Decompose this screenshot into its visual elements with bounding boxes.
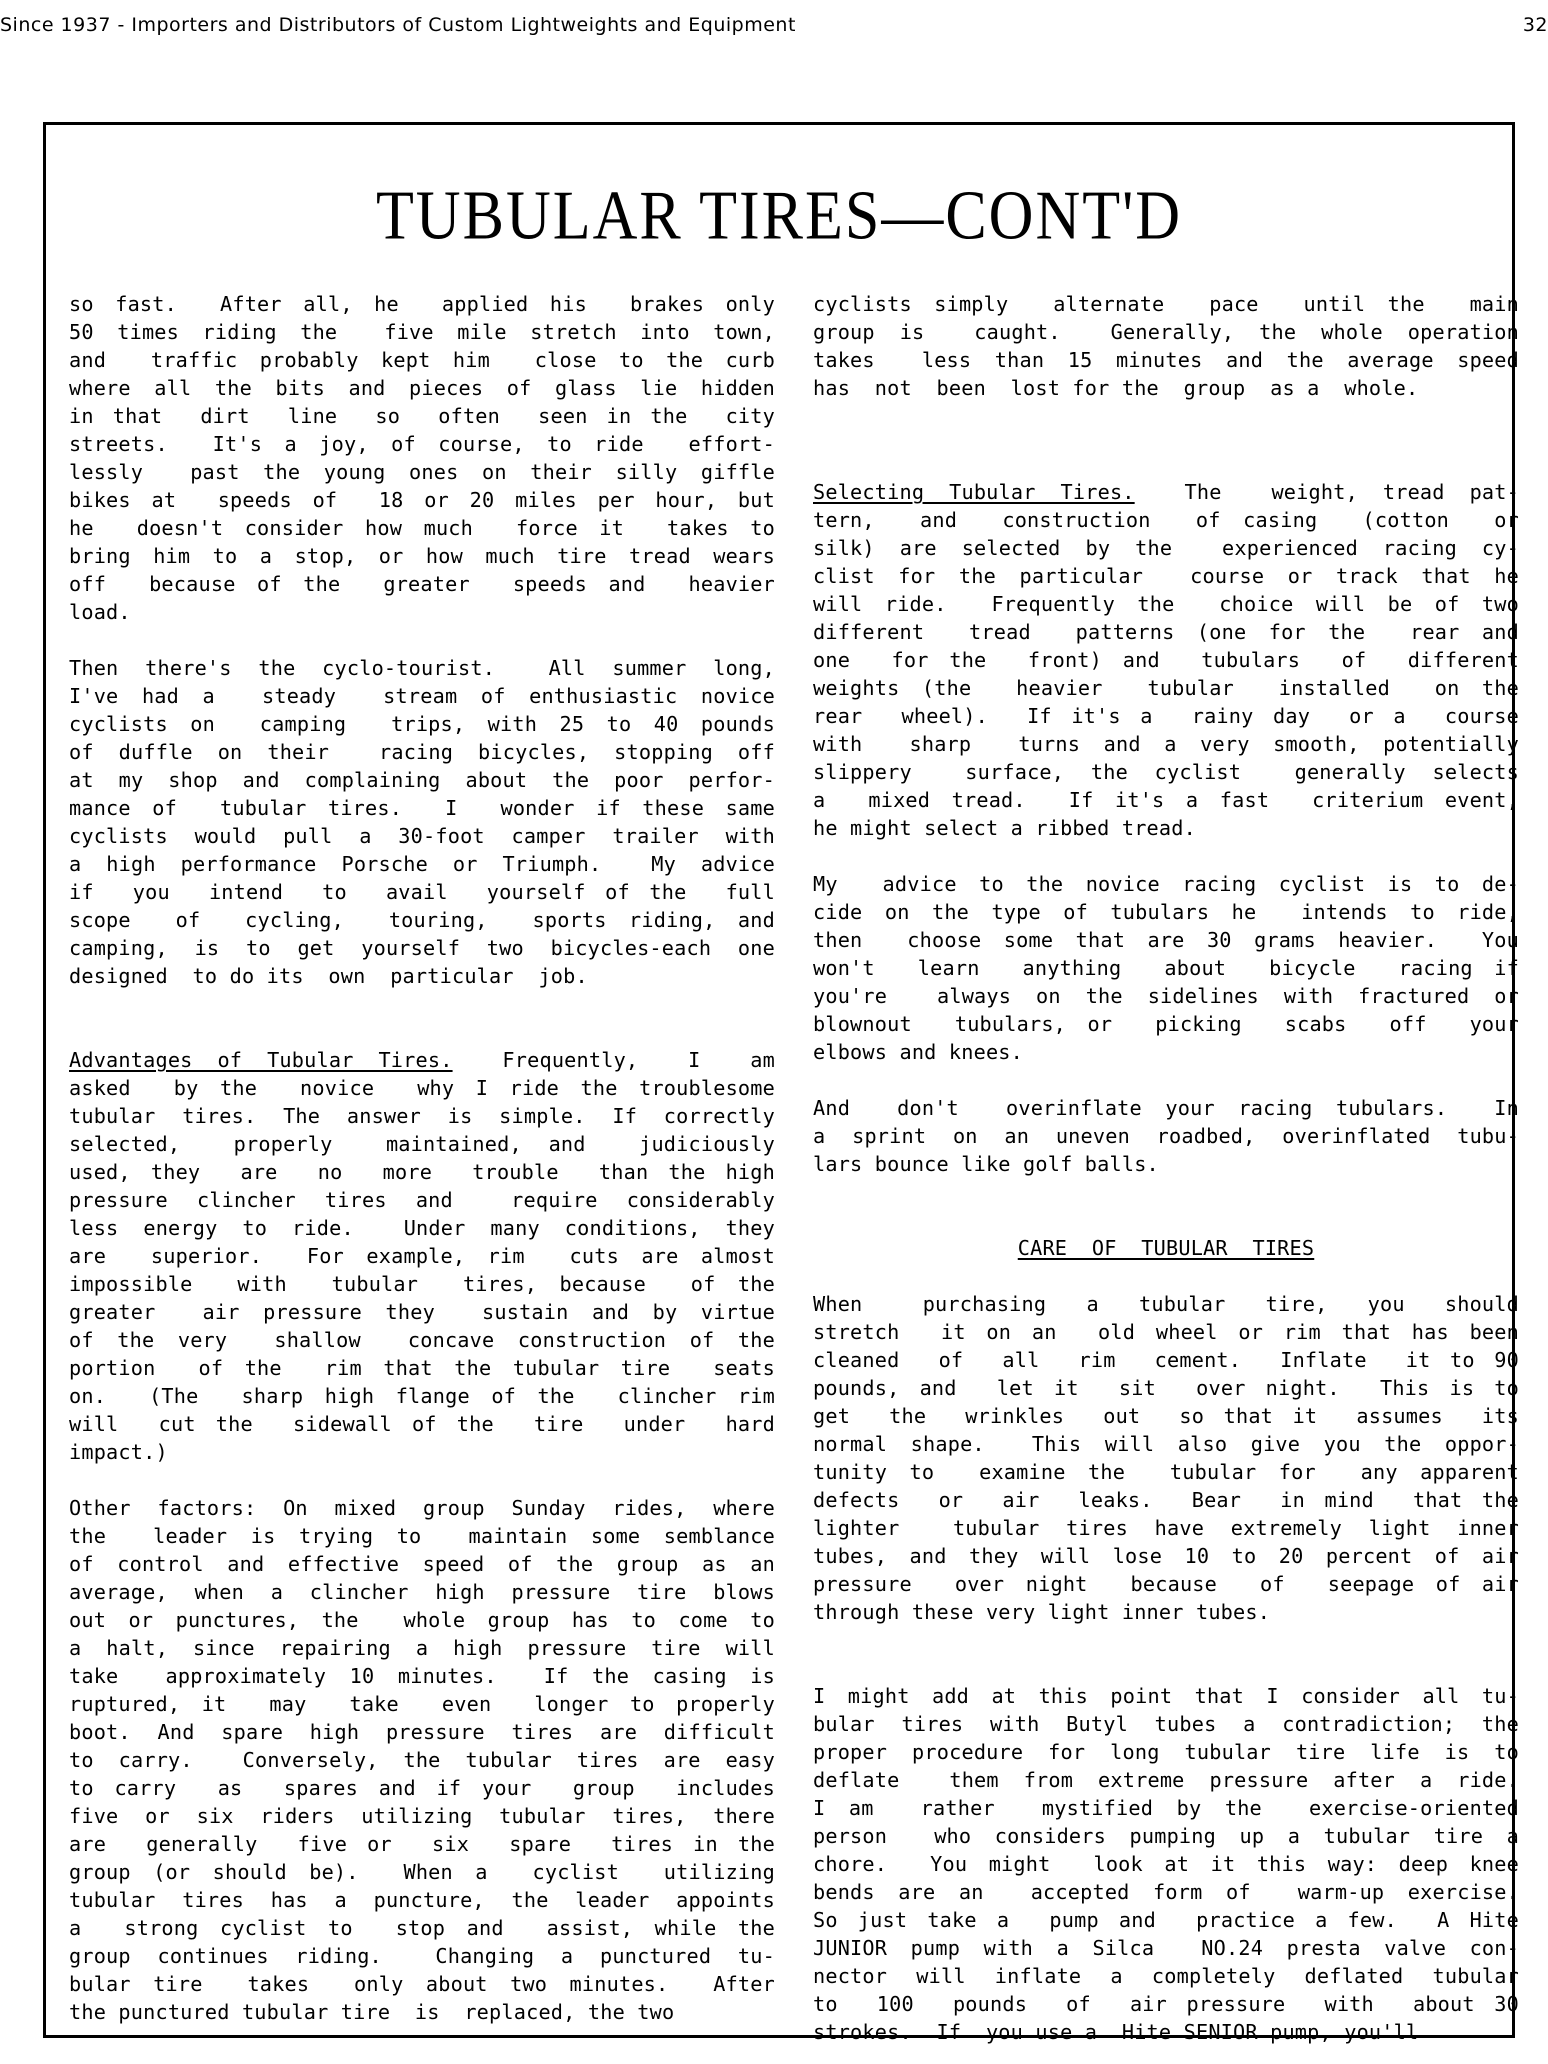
text-line: at my shop and complaining about the poo… — [69, 766, 775, 794]
text-line: tunity to examine the tubular for any ap… — [813, 1458, 1519, 1486]
text-line: lars bounce like golf balls. — [813, 1150, 1519, 1178]
text-line: bular tire takes only about two minutes.… — [69, 1970, 775, 1998]
text-line: greater air pressure they sustain and by… — [69, 1298, 775, 1326]
text-line: Then there's the cyclo-tourist. All summ… — [69, 654, 775, 682]
running-head: Since 1937 - Importers and Distributors … — [0, 14, 1548, 42]
text-line: are superior. For example, rim cuts are … — [69, 1242, 775, 1270]
text-line: deflate them from extreme pressure after… — [813, 1766, 1519, 1794]
text-line: bikes at speeds of 18 or 20 miles per ho… — [69, 486, 775, 514]
text-line: normal shape. This will also give you th… — [813, 1430, 1519, 1458]
paragraph: I might add at this point that I conside… — [813, 1682, 1519, 2046]
text-line: to carry. Conversely, the tubular tires … — [69, 1746, 775, 1774]
text-line: where all the bits and pieces of glass l… — [69, 374, 775, 402]
text-line: the punctured tubular tire is replaced, … — [69, 1998, 775, 2026]
page-number: 32 — [1523, 14, 1548, 36]
text-line: takes less than 15 minutes and the avera… — [813, 346, 1519, 374]
text-line: if you intend to avail yourself of the f… — [69, 878, 775, 906]
text-line: with sharp turns and a very smooth, pote… — [813, 730, 1519, 758]
text-line: boot. And spare high pressure tires are … — [69, 1718, 775, 1746]
text-line: pressure over night because of seepage o… — [813, 1570, 1519, 1598]
text-line: proper procedure for long tubular tire l… — [813, 1738, 1519, 1766]
text-line: and traffic probably kept him close to t… — [69, 346, 775, 374]
text-line: lessly past the young ones on their sill… — [69, 458, 775, 486]
paragraph: My advice to the novice racing cyclist i… — [813, 870, 1519, 1066]
care-of-tubular-tires-heading: CARE OF TUBULAR TIRES — [1018, 1236, 1315, 1260]
text-line: of control and effective speed of the gr… — [69, 1550, 775, 1578]
text-line: get the wrinkles out so that it assumes … — [813, 1402, 1519, 1430]
text-line: tubular tires. The answer is simple. If … — [69, 1102, 775, 1130]
text-line: cide on the type of tubulars he intends … — [813, 898, 1519, 926]
text-line: to carry as spares and if your group inc… — [69, 1774, 775, 1802]
text-line: pounds, and let it sit over night. This … — [813, 1374, 1519, 1402]
text-line: Selecting Tubular Tires. The weight, tre… — [813, 478, 1519, 506]
text-line: group is caught. Generally, the whole op… — [813, 318, 1519, 346]
text-line: has not been lost for the group as a who… — [813, 374, 1519, 402]
text-line: tern, and construction of casing (cotton… — [813, 506, 1519, 534]
text-line: selected, properly maintained, and judic… — [69, 1130, 775, 1158]
text-line: are generally five or six spare tires in… — [69, 1830, 775, 1858]
text-line: chore. You might look at it this way: de… — [813, 1850, 1519, 1878]
text-line: will cut the sidewall of the tire under … — [69, 1410, 775, 1438]
text-line: through these very light inner tubes. — [813, 1598, 1519, 1626]
text-line: on. (The sharp high flange of the clinch… — [69, 1382, 775, 1410]
text-line: blownout tubulars, or picking scabs off … — [813, 1010, 1519, 1038]
text-line: of the very shallow concave construction… — [69, 1326, 775, 1354]
paragraph: Advantages of Tubular Tires. Frequently,… — [69, 1046, 775, 1466]
text-line: stretch it on an old wheel or rim that h… — [813, 1318, 1519, 1346]
text-line: tubular tires has a puncture, the leader… — [69, 1886, 775, 1914]
text-line-rest: The weight, tread pat- — [1135, 480, 1519, 504]
text-line: five or six riders utilizing tubular tir… — [69, 1802, 775, 1830]
text-line: group continues riding. Changing a punct… — [69, 1942, 775, 1970]
text-line: load. — [69, 598, 775, 626]
text-line: a mixed tread. If it's a fast criterium … — [813, 786, 1519, 814]
text-line: asked by the novice why I ride the troub… — [69, 1074, 775, 1102]
text-line: slippery surface, the cyclist generally … — [813, 758, 1519, 786]
text-line: clist for the particular course or track… — [813, 562, 1519, 590]
article-frame: TUBULAR TIRES—CONT'D so fast. After all,… — [43, 122, 1515, 2038]
text-line: different tread patterns (one for the re… — [813, 618, 1519, 646]
text-line: in that dirt line so often seen in the c… — [69, 402, 775, 430]
text-line: then choose some that are 30 grams heavi… — [813, 926, 1519, 954]
text-line: When purchasing a tubular tire, you shou… — [813, 1290, 1519, 1318]
text-line: ruptured, it may take even longer to pro… — [69, 1690, 775, 1718]
text-line: to 100 pounds of air pressure with about… — [813, 1990, 1519, 2018]
text-line: impact.) — [69, 1438, 775, 1466]
text-line: bular tires with Butyl tubes a contradic… — [813, 1710, 1519, 1738]
text-line: a high performance Porsche or Triumph. M… — [69, 850, 775, 878]
section-heading: CARE OF TUBULAR TIRES — [813, 1234, 1519, 1262]
text-line: cyclists would pull a 30-foot camper tra… — [69, 822, 775, 850]
text-line: weights (the heavier tubular installed o… — [813, 674, 1519, 702]
left-column: so fast. After all, he applied his brake… — [69, 290, 775, 2026]
text-line: impossible with tubular tires, because o… — [69, 1270, 775, 1298]
text-line: silk) are selected by the experienced ra… — [813, 534, 1519, 562]
text-line: portion of the rim that the tubular tire… — [69, 1354, 775, 1382]
paragraph: When purchasing a tubular tire, you shou… — [813, 1290, 1519, 1626]
text-line: scope of cycling, touring, sports riding… — [69, 906, 775, 934]
text-line: out or punctures, the whole group has to… — [69, 1606, 775, 1634]
inline-heading: Selecting Tubular Tires. — [813, 480, 1135, 504]
text-line: less energy to ride. Under many conditio… — [69, 1214, 775, 1242]
text-line: pressure clincher tires and require cons… — [69, 1186, 775, 1214]
text-line: average, when a clincher high pressure t… — [69, 1578, 775, 1606]
text-line: take approximately 10 minutes. If the ca… — [69, 1662, 775, 1690]
text-line: JUNIOR pump with a Silca NO.24 presta va… — [813, 1934, 1519, 1962]
paragraph: And don't overinflate your racing tubula… — [813, 1094, 1519, 1178]
text-line: I am rather mystified by the exercise-or… — [813, 1794, 1519, 1822]
text-line: Other factors: On mixed group Sunday rid… — [69, 1494, 775, 1522]
text-line: the leader is trying to maintain some se… — [69, 1522, 775, 1550]
text-line: bends are an accepted form of warm-up ex… — [813, 1878, 1519, 1906]
text-line: defects or air leaks. Bear in mind that … — [813, 1486, 1519, 1514]
text-line: used, they are no more trouble than the … — [69, 1158, 775, 1186]
text-line: lighter tubular tires have extremely lig… — [813, 1514, 1519, 1542]
page-title: TUBULAR TIRES—CONT'D — [46, 177, 1512, 257]
text-line: cyclists simply alternate pace until the… — [813, 290, 1519, 318]
text-line: cyclists on camping trips, with 25 to 40… — [69, 710, 775, 738]
text-line: nector will inflate a completely deflate… — [813, 1962, 1519, 1990]
paragraph: Other factors: On mixed group Sunday rid… — [69, 1494, 775, 2026]
text-line: So just take a pump and practice a few. … — [813, 1906, 1519, 1934]
right-column: cyclists simply alternate pace until the… — [813, 290, 1519, 2046]
text-line: off because of the greater speeds and he… — [69, 570, 775, 598]
text-line: designed to do its own particular job. — [69, 962, 775, 990]
text-line: he might select a ribbed tread. — [813, 814, 1519, 842]
text-line: one for the front) and tubulars of diffe… — [813, 646, 1519, 674]
text-line: And don't overinflate your racing tubula… — [813, 1094, 1519, 1122]
text-line: won't learn anything about bicycle racin… — [813, 954, 1519, 982]
running-head-text: Since 1937 - Importers and Distributors … — [0, 14, 796, 36]
text-line: bring him to a stop, or how much tire tr… — [69, 542, 775, 570]
text-line: a halt, since repairing a high pressure … — [69, 1634, 775, 1662]
text-line: a strong cyclist to stop and assist, whi… — [69, 1914, 775, 1942]
text-line-rest: Frequently, I am — [453, 1048, 775, 1072]
text-line: I might add at this point that I conside… — [813, 1682, 1519, 1710]
text-line: rear wheel). If it's a rainy day or a co… — [813, 702, 1519, 730]
text-line: strokes. If you use a Hite SENIOR pump, … — [813, 2018, 1519, 2046]
inline-heading: Advantages of Tubular Tires. — [69, 1048, 453, 1072]
text-line: I've had a steady stream of enthusiastic… — [69, 682, 775, 710]
text-line: streets. It's a joy, of course, to ride … — [69, 430, 775, 458]
text-line: you're always on the sidelines with frac… — [813, 982, 1519, 1010]
text-line: group (or should be). When a cyclist uti… — [69, 1858, 775, 1886]
text-line: cleaned of all rim cement. Inflate it to… — [813, 1346, 1519, 1374]
paragraph: Then there's the cyclo-tourist. All summ… — [69, 654, 775, 990]
text-line: mance of tubular tires. I wonder if thes… — [69, 794, 775, 822]
text-line: of duffle on their racing bicycles, stop… — [69, 738, 775, 766]
paragraph: so fast. After all, he applied his brake… — [69, 290, 775, 626]
text-line: he doesn't consider how much force it ta… — [69, 514, 775, 542]
paragraph: Selecting Tubular Tires. The weight, tre… — [813, 478, 1519, 842]
text-line: My advice to the novice racing cyclist i… — [813, 870, 1519, 898]
text-line: Advantages of Tubular Tires. Frequently,… — [69, 1046, 775, 1074]
text-line: 50 times riding the five mile stretch in… — [69, 318, 775, 346]
text-line: so fast. After all, he applied his brake… — [69, 290, 775, 318]
text-line: camping, is to get yourself two bicycles… — [69, 934, 775, 962]
text-line: elbows and knees. — [813, 1038, 1519, 1066]
text-line: will ride. Frequently the choice will be… — [813, 590, 1519, 618]
paragraph: cyclists simply alternate pace until the… — [813, 290, 1519, 402]
text-line: tubes, and they will lose 10 to 20 perce… — [813, 1542, 1519, 1570]
text-line: person who considers pumping up a tubula… — [813, 1822, 1519, 1850]
text-line: a sprint on an uneven roadbed, overinfla… — [813, 1122, 1519, 1150]
